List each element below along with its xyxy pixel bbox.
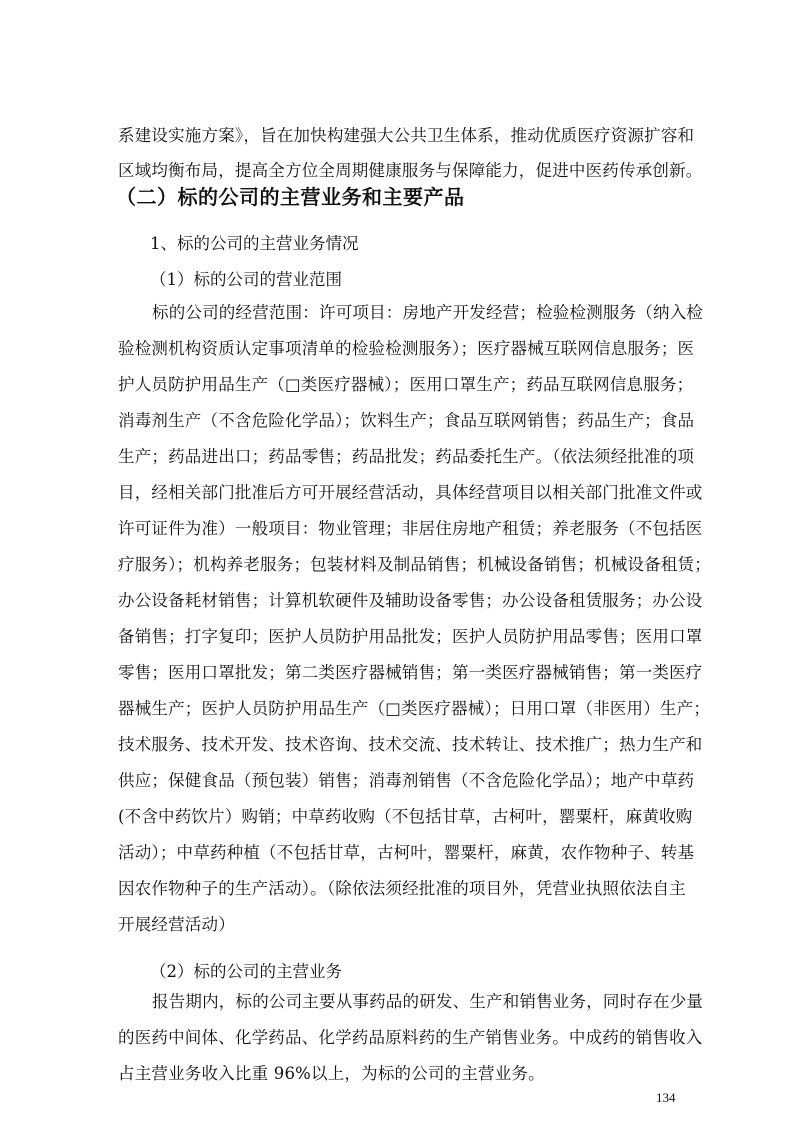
scope-line: 办公设备耗材销售；计算机软硬件及辅助设备零售；办公设备租赁服务；办公设 — [118, 591, 680, 611]
scope-line: 目，经相关部门批准后方可开展经营活动，具体经营项目以相关部门批准文件或 — [118, 483, 680, 503]
page-number: 134 — [656, 1090, 676, 1106]
intro-line-2: 区域均衡布局，提高全方位全周期健康服务与保障能力，促进中医药传承创新。 — [118, 161, 680, 181]
scope-line: 备销售；打字复印；医护人员防护用品批发；医护人员防护用品零售；医用口罩 — [118, 627, 680, 647]
scope-line: 验检测机构资质认定事项清单的检验检测服务）；医疗器械互联网信息服务；医 — [118, 339, 680, 359]
scope-line: 因农作物种子的生产活动）。（除依法须经批准的项目外，凭营业执照依法自主 — [118, 879, 680, 899]
scope-line: 护人员防护用品生产（□类医疗器械）；医用口罩生产；药品互联网信息服务； — [118, 375, 680, 395]
scope-line: 零售；医用口罩批发；第二类医疗器械销售；第一类医疗器械销售；第一类医疗 — [118, 663, 680, 683]
section-heading: （二）标的公司的主营业务和主要产品 — [116, 181, 465, 210]
scope-line: 许可证件为准）一般项目：物业管理；非居住房地产租赁；养老服务（不包括医 — [118, 519, 680, 539]
scope-line: 消毒剂生产（不含危险化学品）；饮料生产；食品互联网销售；药品生产；食品 — [118, 411, 680, 431]
document-page: 系建设实施方案》，旨在加快构建强大公共卫生体系，推动优质医疗资源扩容和 区域均衡… — [0, 0, 793, 1122]
scope-line: 活动）；中草药种植（不包括甘草，古柯叶，罂粟杆，麻黄，农作物种子、转基 — [118, 843, 680, 863]
subheading-main-business: 1、标的公司的主营业务情况 — [150, 230, 359, 254]
scope-line: 器械生产；医护人员防护用品生产（□类医疗器械）；日用口罩（非医用）生产； — [118, 699, 680, 719]
scope-line: 疗服务）；机构养老服务；包装材料及制品销售；机械设备销售；机械设备租赁； — [118, 555, 680, 575]
scope-line: 开展经营活动） — [118, 915, 680, 935]
business-line: 报告期内，标的公司主要从事药品的研发、生产和销售业务，同时存在少量 — [152, 992, 714, 1012]
scope-line: 标的公司的经营范围：许可项目：房地产开发经营；检验检测服务（纳入检 — [152, 303, 714, 323]
subheading-business-scope: （1）标的公司的营业范围 — [150, 266, 342, 290]
business-line: 的医药中间体、化学药品、化学药品原料药的生产销售业务。中成药的销售收入 — [118, 1028, 680, 1048]
subheading-main-operations: （2）标的公司的主营业务 — [150, 958, 342, 982]
scope-line: (不含中药饮片）购销；中草药收购（不包括甘草，古柯叶，罂粟杆，麻黄收购 — [118, 807, 680, 827]
business-line: 占主营业务收入比重 96%以上，为标的公司的主营业务。 — [118, 1064, 680, 1084]
scope-line: 生产；药品进出口；药品零售；药品批发；药品委托生产。（依法须经批准的项 — [118, 447, 680, 467]
intro-line-1: 系建设实施方案》，旨在加快构建强大公共卫生体系，推动优质医疗资源扩容和 — [118, 126, 680, 146]
scope-line: 技术服务、技术开发、技术咨询、技术交流、技术转让、技术推广；热力生产和 — [118, 735, 680, 755]
scope-line: 供应；保健食品（预包装）销售；消毒剂销售（不含危险化学品）；地产中草药 — [118, 771, 680, 791]
